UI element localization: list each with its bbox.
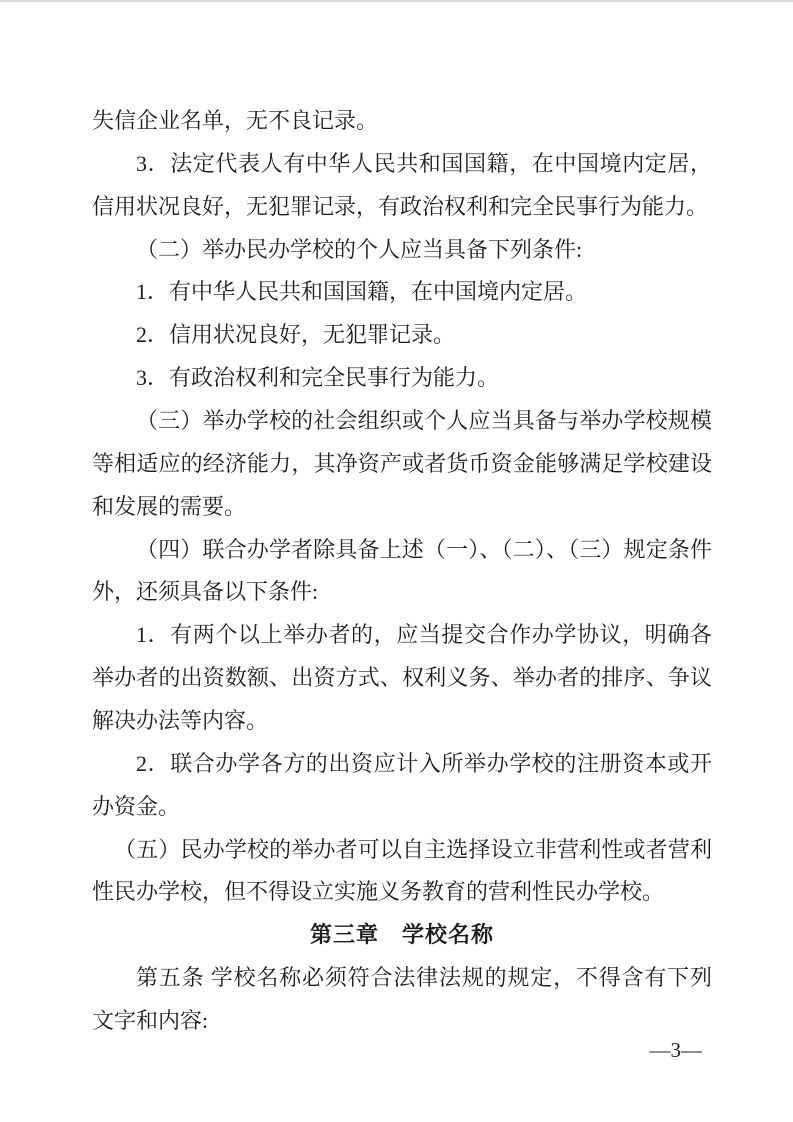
scan-edge-artifact: [0, 0, 793, 2]
body-paragraph: （三）举办学校的社会组织或个人应当具备与举办学校规模等相适应的经济能力，其净资产…: [92, 400, 712, 529]
body-paragraph: 1．有两个以上举办者的，应当提交合作办学协议，明确各举办者的出资数额、出资方式、…: [92, 614, 712, 743]
body-paragraph: 3．有政治权利和完全民事行为能力。: [92, 357, 712, 400]
body-paragraph: 1．有中华人民共和国国籍，在中国境内定居。: [92, 271, 712, 314]
body-paragraph: 失信企业名单，无不良记录。: [92, 100, 712, 143]
body-paragraph: （五）民办学校的举办者可以自主选择设立非营利性或者营利性民办学校，但不得设立实施…: [92, 829, 712, 915]
body-paragraph: （二）举办民办学校的个人应当具备下列条件:: [92, 229, 712, 272]
chapter-heading: 第三章 学校名称: [92, 914, 712, 957]
body-paragraph: 2．联合办学各方的出资应计入所举办学校的注册资本或开办资金。: [92, 743, 712, 829]
body-paragraph: （四）联合办学者除具备上述（一）、（二）、（三）规定条件外，还须具备以下条件:: [92, 529, 712, 615]
page-number: —3—: [650, 1036, 703, 1064]
body-paragraph: 第五条 学校名称必须符合法律法规的规定，不得含有下列文字和内容:: [92, 957, 712, 1043]
document-page: 失信企业名单，无不良记录。 3．法定代表人有中华人民共和国国籍，在中国境内定居，…: [0, 0, 793, 1122]
body-paragraph: 3．法定代表人有中华人民共和国国籍，在中国境内定居，信用状况良好，无犯罪记录，有…: [92, 143, 712, 229]
body-paragraph: 2．信用状况良好，无犯罪记录。: [92, 314, 712, 357]
document-body: 失信企业名单，无不良记录。 3．法定代表人有中华人民共和国国籍，在中国境内定居，…: [92, 100, 712, 1043]
